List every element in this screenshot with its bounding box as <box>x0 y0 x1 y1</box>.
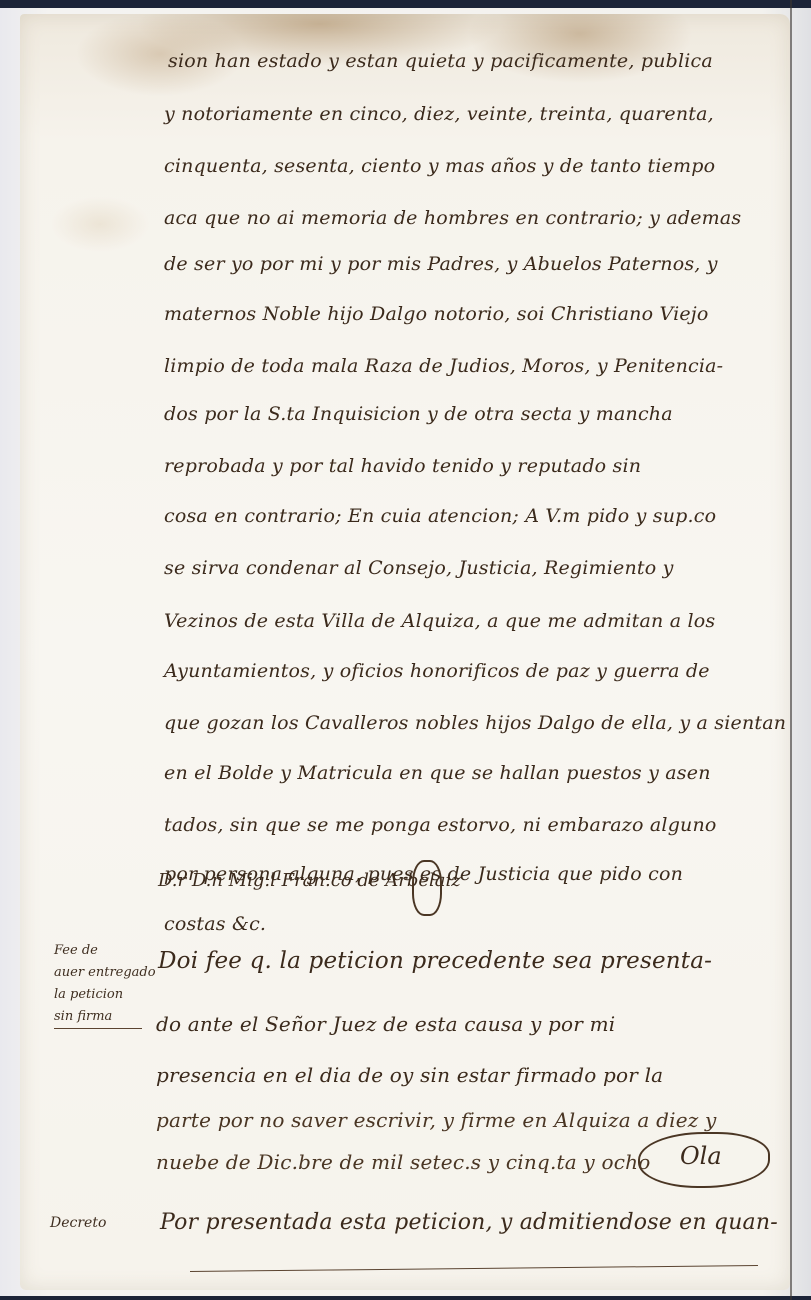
margin-note-line: auer entregado <box>54 965 156 980</box>
text-line: limpio de toda mala Raza de Judios, Moro… <box>164 355 723 377</box>
text-line: en el Bolde y Matricula en que se hallan… <box>164 762 711 784</box>
margin-note-decree: Decreto <box>50 1212 106 1234</box>
text-line: se sirva condenar al Consejo, Justicia, … <box>164 557 674 579</box>
margin-note-line: sin firma <box>54 1006 142 1029</box>
decree-line: Por presentada esta peticion, y admitien… <box>160 1210 778 1235</box>
page-fold-edge <box>790 0 792 1300</box>
attestation-line: presencia en el dia de oy sin estar firm… <box>156 1063 663 1087</box>
manuscript-page <box>20 14 790 1290</box>
margin-note-line: la peticion <box>54 987 123 1002</box>
text-line: tados, sin que se me ponga estorvo, ni e… <box>164 814 717 836</box>
attestation-line: parte por no saver escrivir, y firme en … <box>156 1108 717 1132</box>
text-line: maternos Noble hijo Dalgo notorio, soi C… <box>164 303 709 325</box>
text-line: y notoriamente en cinco, diez, veinte, t… <box>164 103 714 125</box>
text-line: sion han estado y estan quieta y pacific… <box>168 50 713 72</box>
margin-note-line: Fee de <box>54 943 98 958</box>
text-line: que gozan los Cavalleros nobles hijos Da… <box>164 712 786 734</box>
text-line: Ayuntamientos, y oficios honorificos de … <box>164 660 710 682</box>
margin-note-receipt: Fee de auer entregado la peticion sin fi… <box>54 940 156 1029</box>
text-line: reprobada y por tal havido tenido y repu… <box>164 455 641 477</box>
notary-signature: Ola <box>680 1142 722 1170</box>
text-line: dos por la S.ta Inquisicion y de otra se… <box>164 403 673 425</box>
text-line: cinquenta, sesenta, ciento y mas años y … <box>164 155 715 177</box>
text-line: cosa en contrario; En cuia atencion; A V… <box>164 505 716 527</box>
text-line: costas &c. <box>164 913 266 935</box>
text-line: aca que no ai memoria de hombres en cont… <box>164 207 741 229</box>
attestation-line: nuebe de Dic.bre de mil setec.s y cinq.t… <box>156 1150 650 1174</box>
text-line: Vezinos de esta Villa de Alquiza, a que … <box>164 610 715 632</box>
attestation-line: do ante el Señor Juez de esta causa y po… <box>156 1012 615 1036</box>
signature-rubric <box>412 860 442 916</box>
text-line: de ser yo por mi y por mis Padres, y Abu… <box>164 253 718 275</box>
attestation-line: Doi fee q. la peticion precedente sea pr… <box>158 948 712 974</box>
